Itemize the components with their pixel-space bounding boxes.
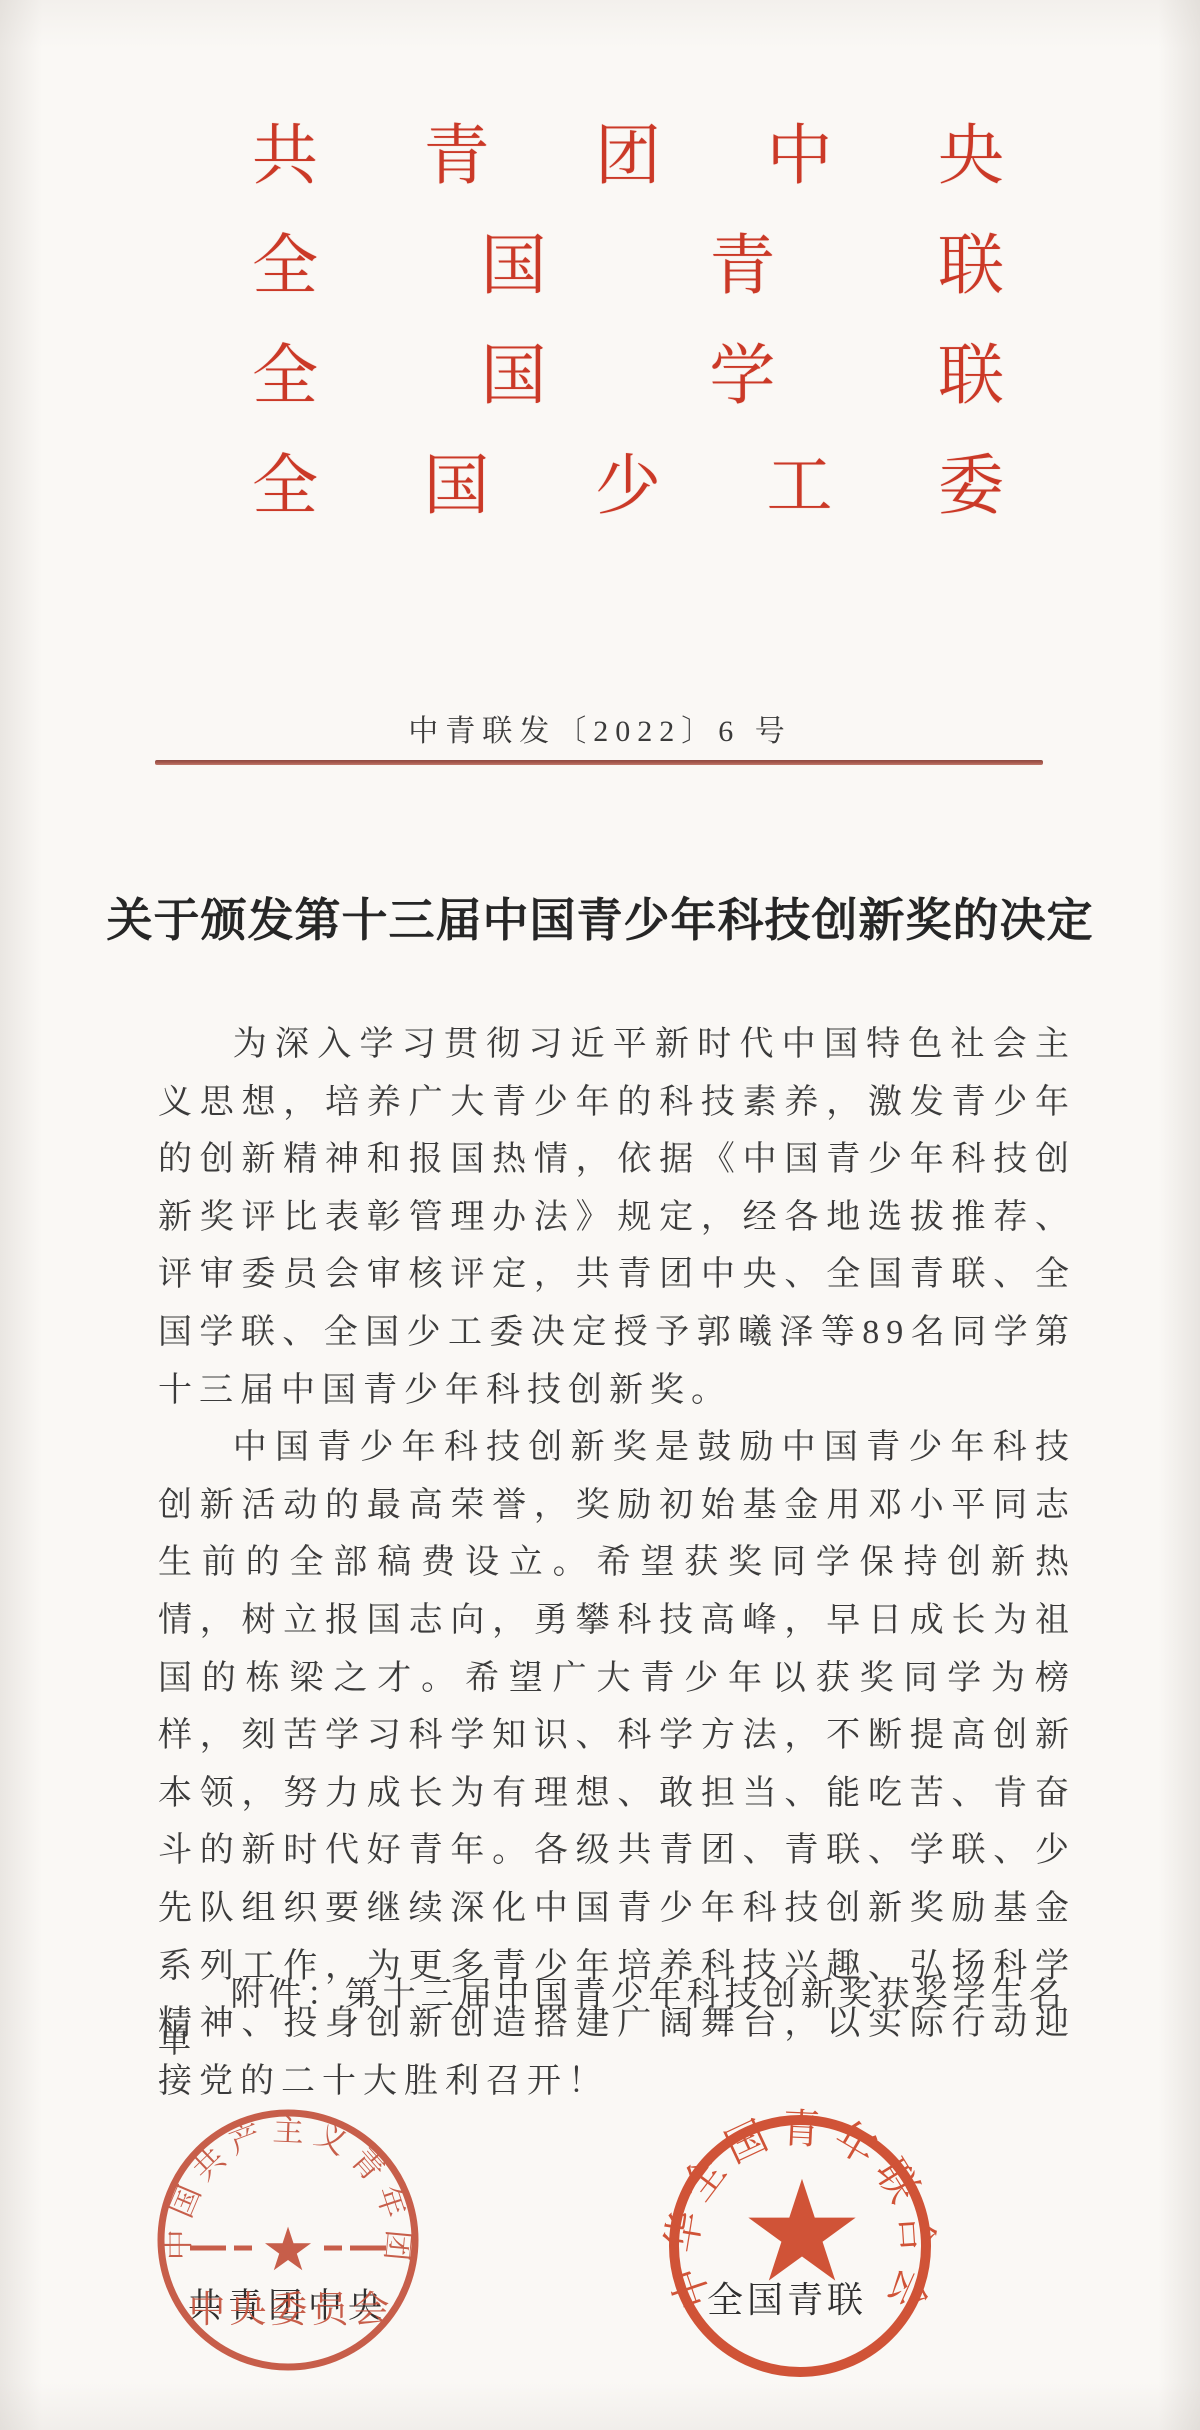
document-title: 关于颁发第十三届中国青少年科技创新奖的决定 bbox=[60, 884, 1140, 950]
letterhead-character: 中 bbox=[767, 122, 833, 192]
letterhead-character: 青 bbox=[709, 232, 775, 302]
letterhead-character: 工 bbox=[767, 452, 833, 522]
letterhead-character: 联 bbox=[938, 342, 1004, 412]
official-seal-left: 中国共产主义青年团 ★ 中央委员会 bbox=[150, 2102, 426, 2378]
letterhead-character: 全 bbox=[252, 452, 318, 522]
attachment-line: 附件：第十三届中国青少年科技创新奖获奖学生名单 bbox=[158, 1968, 1076, 2062]
letterhead-org-1: 共青团中央 bbox=[252, 122, 1004, 192]
red-separator-rule bbox=[155, 760, 1043, 765]
letterhead-character: 国 bbox=[481, 232, 547, 302]
seal-bottom-text: 中央委员会 bbox=[189, 2289, 394, 2331]
letterhead-character: 国 bbox=[481, 342, 547, 412]
letterhead-character: 团 bbox=[595, 122, 661, 192]
letterhead-character: 学 bbox=[709, 342, 775, 412]
letterhead-character: 全 bbox=[252, 232, 318, 302]
letterhead-org-2: 全国青联 bbox=[252, 232, 1004, 302]
official-document-page: 共青团中央 全国青联 全国学联 全国少工委 中青联发〔2022〕6 号 关于颁发… bbox=[0, 0, 1200, 2430]
document-body: 为深入学习贯彻习近平新时代中国特色社会主义思想，培养广大青少年的科技素养，激发青… bbox=[158, 1016, 1076, 2110]
document-number: 中青联发〔2022〕6 号 bbox=[0, 706, 1200, 750]
letterhead-character: 央 bbox=[938, 122, 1004, 192]
letterhead-character: 国 bbox=[424, 452, 490, 522]
star-icon: ★ bbox=[261, 2215, 315, 2285]
letterhead-character: 全 bbox=[252, 342, 318, 412]
letterhead-character: 委 bbox=[938, 452, 1004, 522]
letterhead-org-3: 全国学联 bbox=[252, 342, 1004, 412]
letterhead-character: 少 bbox=[595, 452, 661, 522]
letterhead-character: 联 bbox=[938, 232, 1004, 302]
letterhead-character: 青 bbox=[424, 122, 490, 192]
letterhead-character: 共 bbox=[252, 122, 318, 192]
letterhead: 共青团中央 全国青联 全国学联 全国少工委 bbox=[252, 122, 1004, 562]
letterhead-org-4: 全国少工委 bbox=[252, 452, 1004, 522]
body-paragraph-1: 为深入学习贯彻习近平新时代中国特色社会主义思想，培养广大青少年的科技素养，激发青… bbox=[158, 1016, 1076, 1419]
star-icon: ★ bbox=[739, 2151, 865, 2314]
official-seal-right: 中华全国青年联合会 ★ bbox=[662, 2108, 938, 2384]
